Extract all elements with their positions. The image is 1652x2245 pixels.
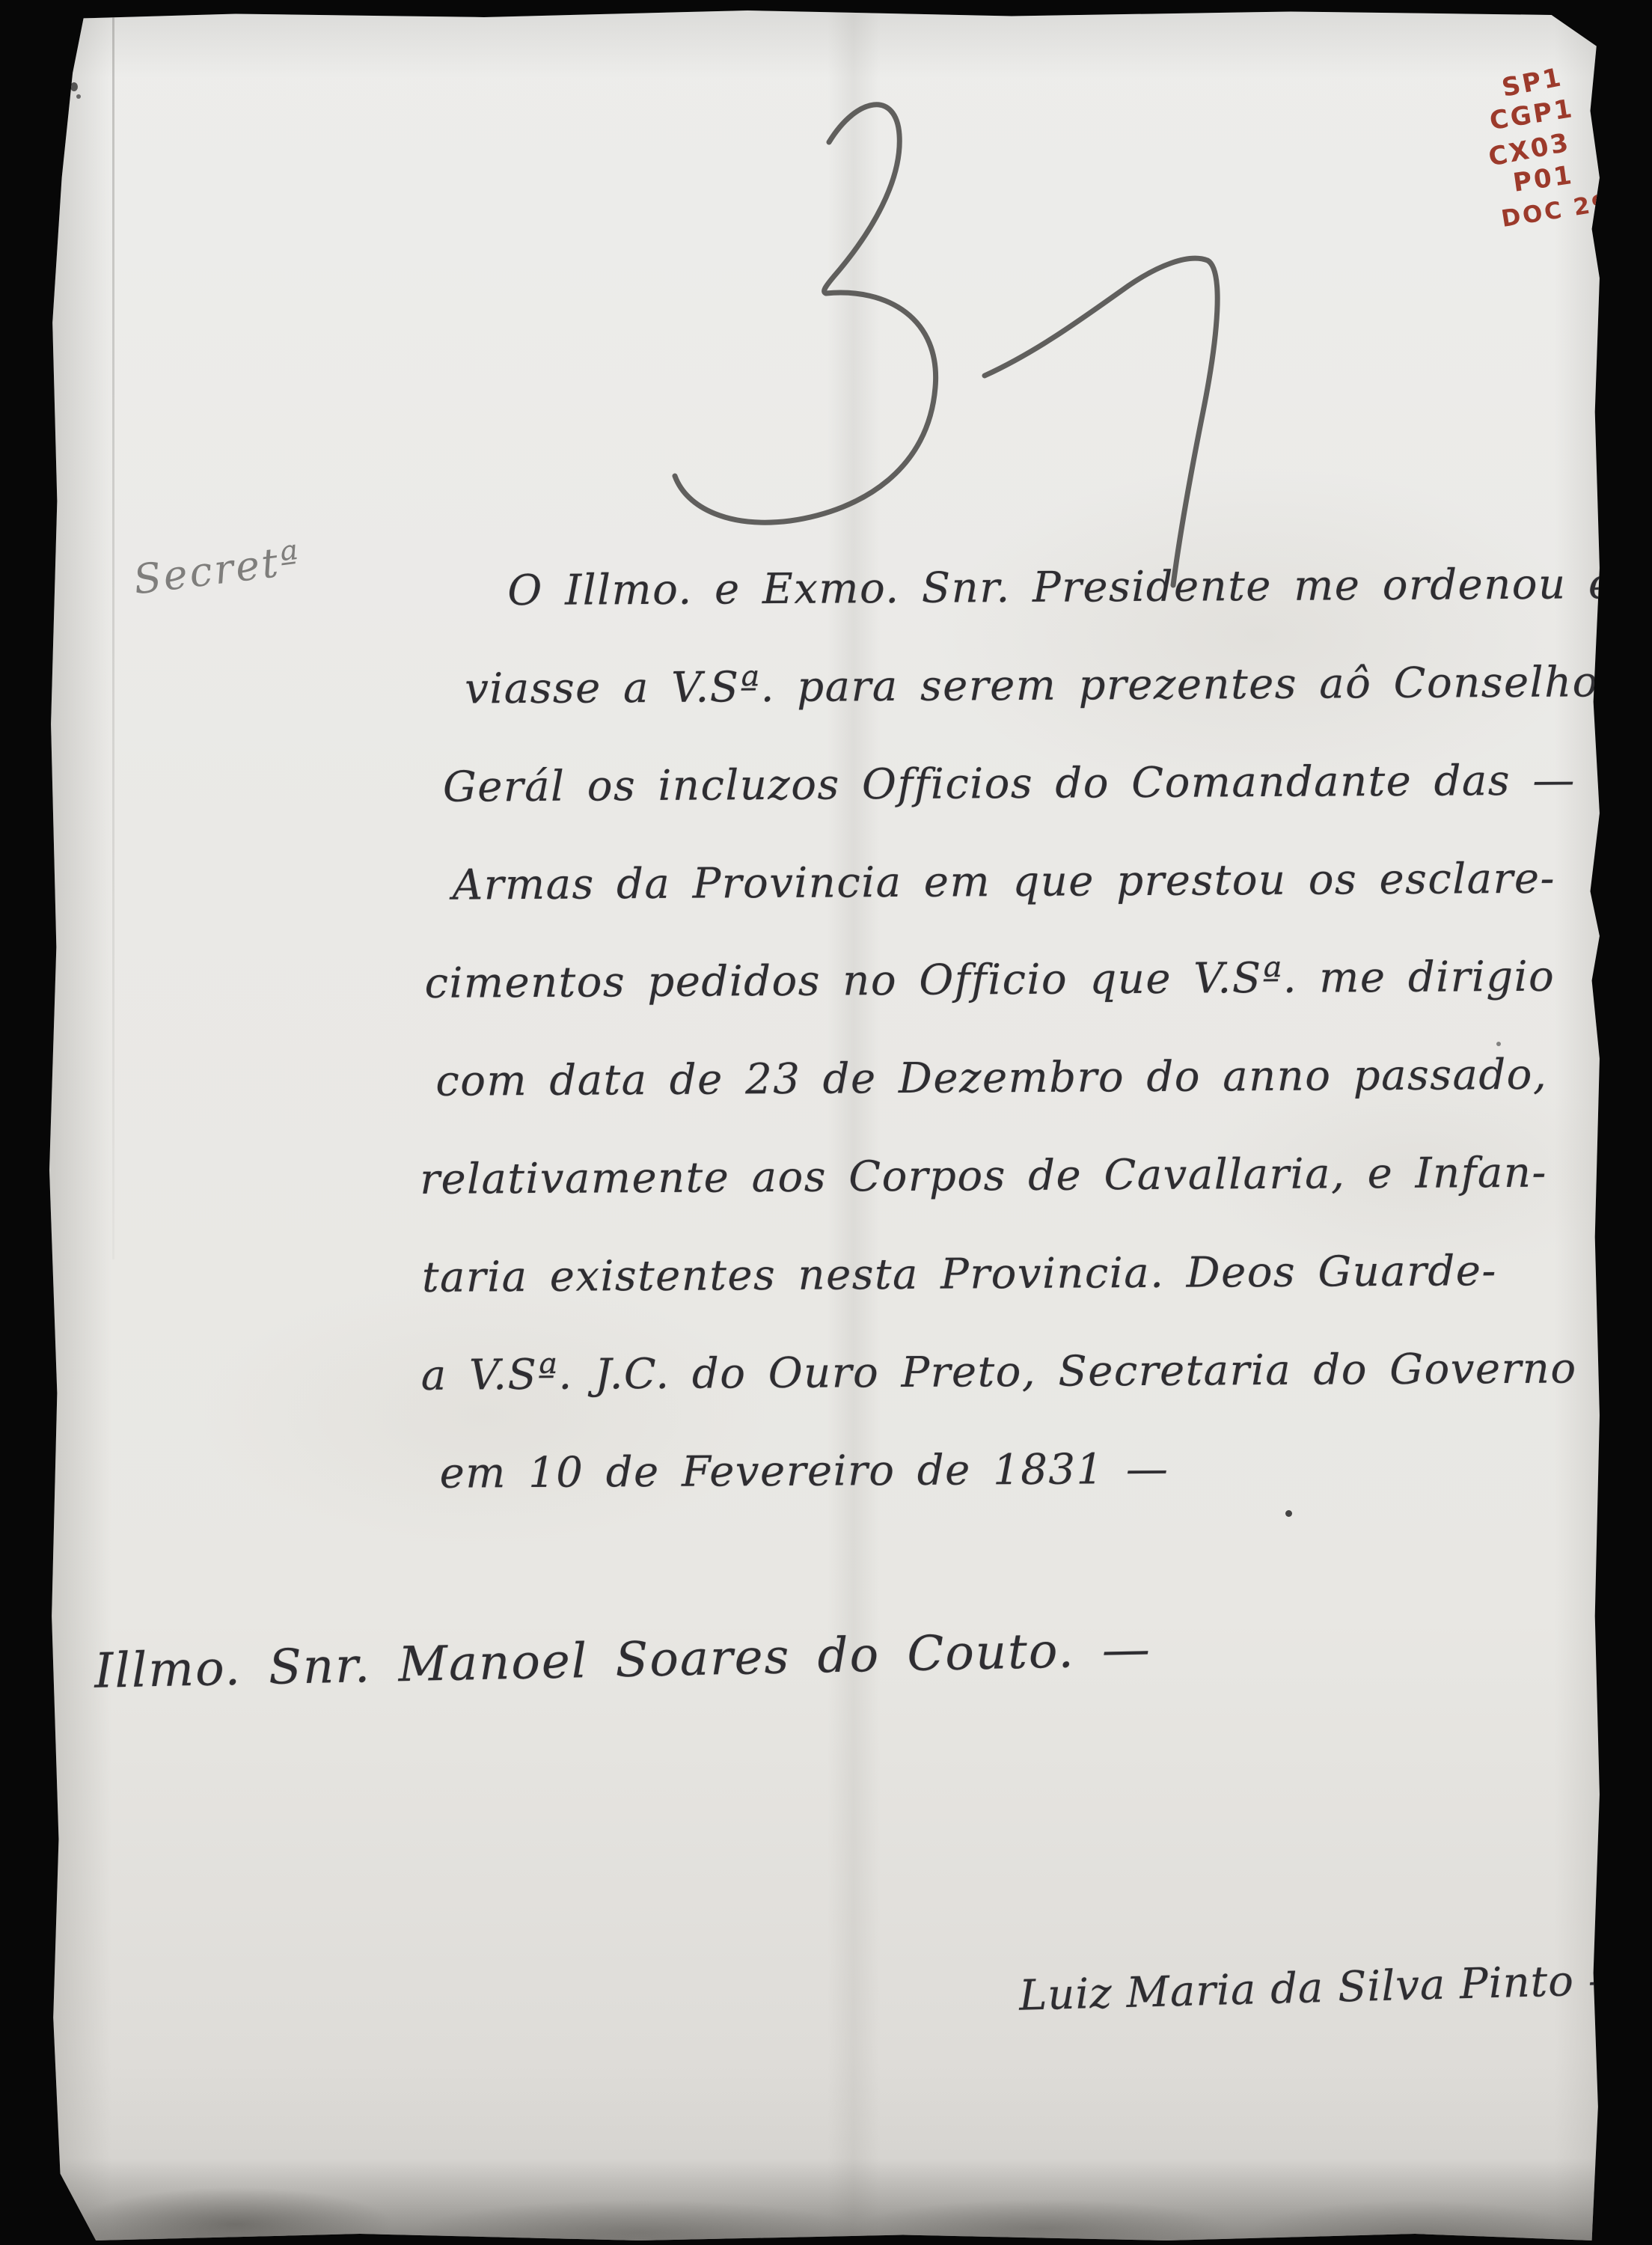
- manuscript-line: relativamente aos Corpos de Cavallaria, …: [420, 1123, 1618, 1229]
- manuscript-line: em 10 de Fevereiro de 1831 —: [421, 1417, 1619, 1523]
- ink-speck: [1285, 1510, 1292, 1517]
- manuscript-line: cimentos pedidos no Officio que V.Sª. me…: [418, 927, 1616, 1033]
- letter-body: O Illmo. e Exmo. Snr. Presidente me orde…: [416, 535, 1619, 1523]
- manuscript-line: Gerál os incluzos Officios do Comandante…: [417, 731, 1615, 837]
- page-number-strokes: [633, 52, 1276, 606]
- document-page: 37 SP1 CGP1 CX03 P01 DOC 29 Secretª O Il…: [49, 10, 1601, 2241]
- manuscript-line: a V.Sª. J.C. do Ouro Preto, Secretaria d…: [420, 1319, 1618, 1425]
- manuscript-line: Armas da Provincia em que prestou os esc…: [417, 829, 1615, 935]
- manuscript-line: com data de 23 de Dezembro do anno passa…: [419, 1025, 1617, 1131]
- ink-speck: [70, 82, 78, 91]
- signature: Luiz Maria da Silva Pinto —: [1018, 1955, 1631, 2020]
- ink-speck: [1496, 1042, 1501, 1046]
- scan-background: 37 SP1 CGP1 CX03 P01 DOC 29 Secretª O Il…: [0, 0, 1652, 2245]
- archive-reference-code: SP1 CGP1 CX03 P01 DOC 29: [1481, 53, 1652, 231]
- manuscript-line: taria existentes nesta Provincia. Deos G…: [420, 1221, 1618, 1327]
- ink-speck: [76, 94, 81, 99]
- paper-crease: [112, 10, 114, 1259]
- manuscript-line: viasse a V.Sª. para serem prezentes aô C…: [417, 633, 1615, 739]
- manuscript-line: O Illmo. e Exmo. Snr. Presidente me orde…: [416, 535, 1614, 641]
- scan-dirt-band: [49, 2158, 1601, 2241]
- page-number-flourish: 37: [633, 52, 1276, 606]
- addressee-line: Illmo. Snr. Manoel Soares do Couto. —: [94, 1622, 1151, 1699]
- margin-annotation: Secretª: [131, 537, 304, 604]
